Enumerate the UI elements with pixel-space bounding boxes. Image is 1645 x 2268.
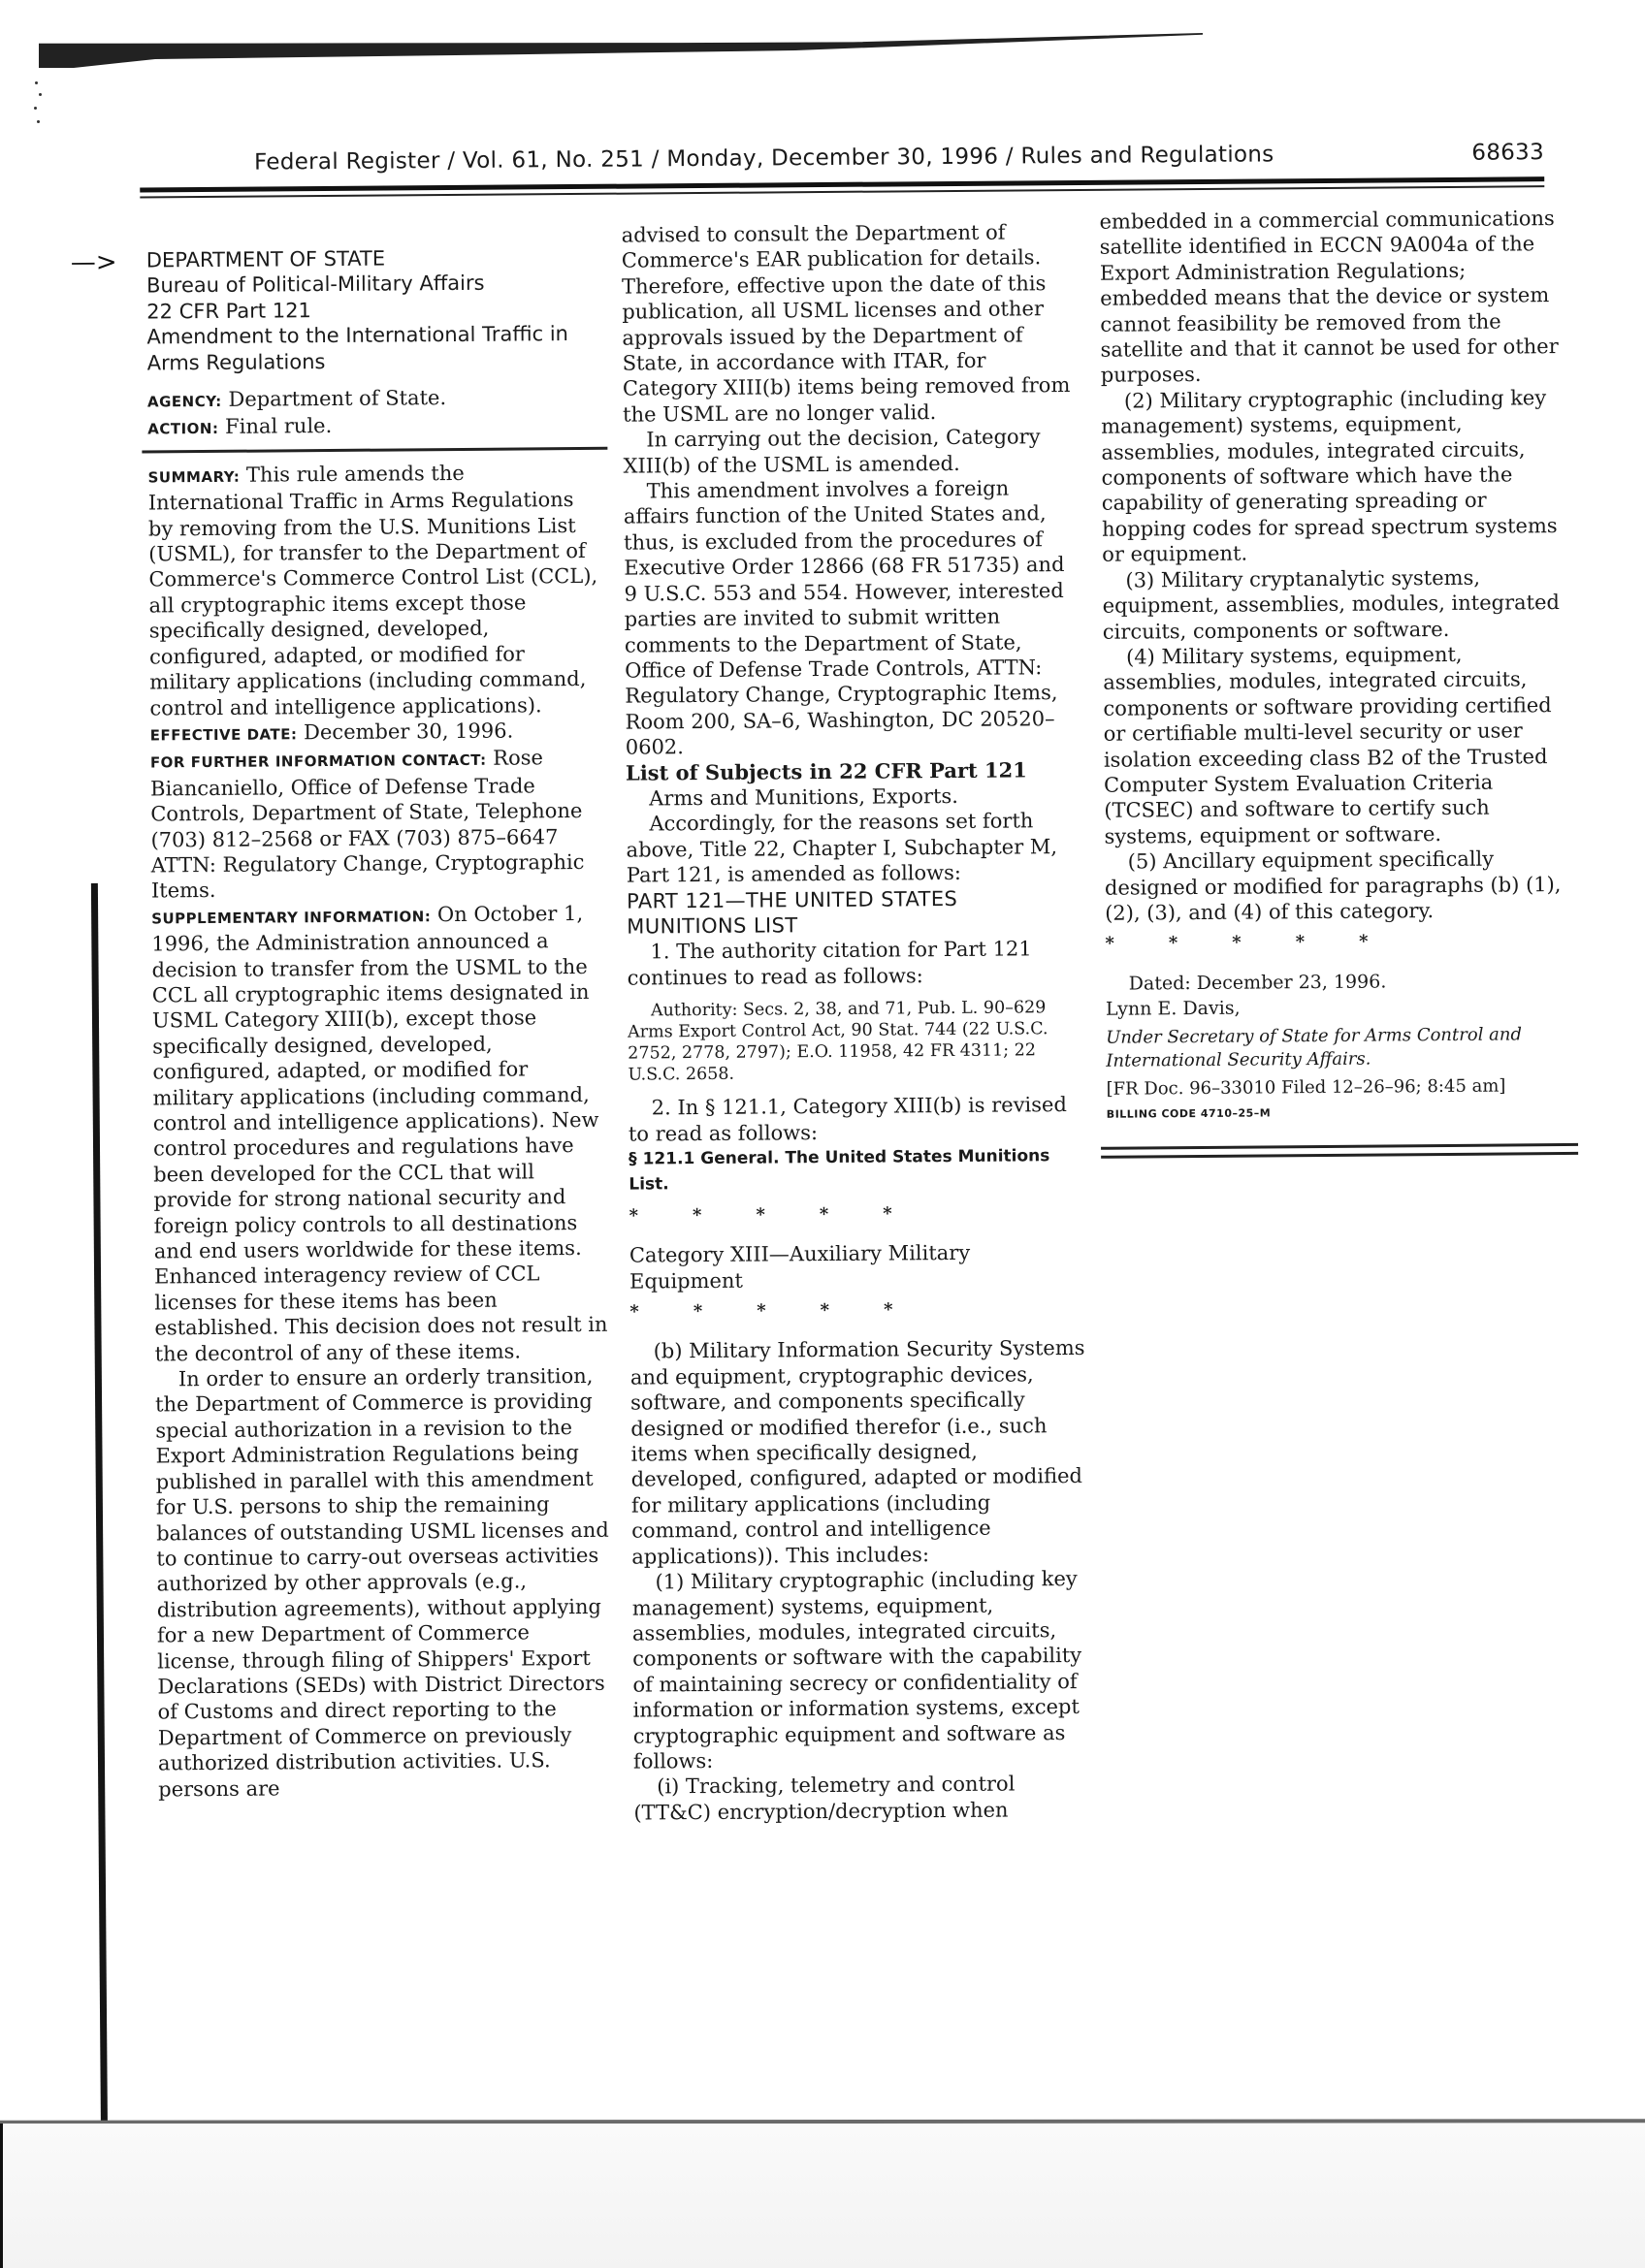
subjects-list: Arms and Munitions, Exports. [626,783,1081,812]
cfr-part: 22 CFR Part 121 [146,296,600,325]
margin-bar [91,883,108,2129]
scanner-bed-edge [0,2124,3,2268]
column-1: —> DEPARTMENT OF STATE Bureau of Politic… [146,244,613,1803]
paragraph-b4: (4) Military systems, equipment, assembl… [1103,641,1570,849]
column-2: advised to consult the Department of Com… [622,219,1090,1826]
billing-code: BILLING CODE 4710–25–M [1107,1099,1572,1128]
supplementary-info: SUPPLEMENTARY INFORMATION: On October 1,… [151,901,609,1367]
dated-line: Dated: December 23, 1996. [1106,968,1571,997]
bureau-name: Bureau of Political-Military Affairs [146,270,600,299]
handwritten-arrow-icon: —> [71,250,117,276]
transition-paragraph: In order to ensure an orderly transition… [155,1363,613,1803]
page-content: Federal Register / Vol. 61, No. 251 / Mo… [0,0,1645,2130]
omission-stars: * * * * * [1105,928,1570,957]
paragraph-b: (b) Military Information Security System… [630,1335,1088,1569]
subjects-heading: List of Subjects in 22 CFR Part 121 [626,756,1081,785]
authority-citation: Authority: Secs. 2, 38, and 71, Pub. L. … [628,997,1084,1086]
part-heading: PART 121—THE UNITED STATES MUNITIONS LIS… [627,884,1082,940]
summary: SUMMARY: This rule amends the Internatio… [147,460,603,721]
rule-title: Amendment to the International Traffic i… [146,321,600,375]
end-rule [1101,1143,1578,1150]
signer-name: Lynn E. Davis, [1106,993,1571,1022]
omission-stars: * * * * * [629,1296,1085,1326]
continued-paragraph: advised to consult the Department of Com… [622,219,1080,428]
accordingly-paragraph: Accordingly, for the reasons set forth a… [626,808,1082,888]
continued-paragraph: embedded in a commercial communications … [1099,206,1565,389]
amendment-item-1: 1. The authority citation for Part 121 c… [627,936,1082,991]
action-line: ACTION: Final rule. [147,411,601,442]
agency-line: AGENCY: Department of State. [147,384,601,415]
paragraph-b1-i: (i) Tracking, telemetry and control (TT&… [633,1771,1089,1826]
page-header: Federal Register / Vol. 61, No. 251 / Mo… [254,140,1544,175]
paragraph-b5: (5) Ancillary equipment specifically des… [1105,846,1571,926]
carrying-out-paragraph: In carrying out the decision, Category X… [623,424,1079,479]
end-rule [1101,1152,1578,1159]
paragraph-b1: (1) Military cryptographic (including ke… [631,1566,1089,1774]
column-3: embedded in a commercial communications … [1099,206,1572,1159]
fr-doc-line: [FR Doc. 96–33010 Filed 12–26–96; 8:45 a… [1106,1073,1571,1102]
amendment-item-2: 2. In § 121.1, Category XIII(b) is revis… [629,1092,1084,1147]
section-divider [142,447,607,454]
publication-line: Federal Register / Vol. 61, No. 251 / Mo… [254,142,1274,175]
section-heading: § 121.1 General. The United States Munit… [629,1143,1084,1198]
paragraph-b2: (2) Military cryptographic (including ke… [1101,385,1567,568]
contact-info: FOR FURTHER INFORMATION CONTACT: Rose Bi… [150,745,605,904]
scanner-bed [0,2124,1645,2268]
foreign-affairs-paragraph: This amendment involves a foreign affair… [624,475,1081,760]
effective-date: EFFECTIVE DATE: December 30, 1996. [150,718,604,749]
paragraph-b3: (3) Military cryptanalytic systems, equi… [1102,564,1568,645]
agency-name: DEPARTMENT OF STATE [146,244,600,273]
category-heading: Category XIII—Auxiliary Military Equipme… [629,1239,1085,1294]
omission-stars: * * * * * [629,1200,1084,1230]
page-number: 68633 [1471,140,1544,166]
signer-title: Under Secretary of State for Arms Contro… [1106,1023,1571,1073]
